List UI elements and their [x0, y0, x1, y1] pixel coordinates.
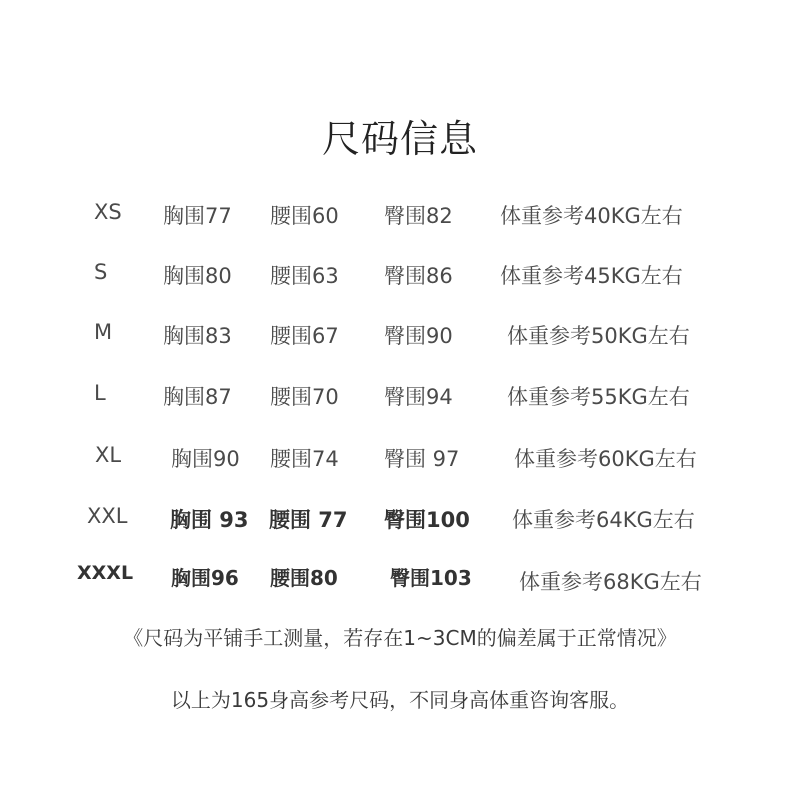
weight-reference: 体重参考50KG左右 [507, 320, 690, 350]
hip-value: 臀围100 [384, 504, 470, 534]
hip-value: 臀围90 [384, 320, 453, 350]
measurement-note: 《尺码为平铺手工测量，若存在1~3CM的偏差属于正常情况》 [0, 622, 800, 651]
waist-value: 腰围 77 [269, 504, 348, 534]
waist-value: 腰围70 [270, 381, 339, 411]
waist-value: 腰围74 [270, 443, 339, 473]
size-label: XL [95, 443, 121, 467]
chest-value: 胸围96 [171, 562, 239, 591]
weight-reference: 体重参考55KG左右 [507, 381, 690, 411]
size-label: S [94, 260, 107, 284]
chest-value: 胸围83 [163, 320, 232, 350]
size-row-xs: XS 胸围77 腰围60 臀围82 体重参考40KG左右 [0, 200, 800, 230]
size-row-s: S 胸围80 腰围63 臀围86 体重参考45KG左右 [0, 260, 800, 290]
size-row-m: M 胸围83 腰围67 臀围90 体重参考50KG左右 [0, 320, 800, 350]
size-label: XXL [87, 504, 127, 528]
weight-reference: 体重参考60KG左右 [514, 443, 697, 473]
waist-value: 腰围67 [270, 320, 339, 350]
weight-reference: 体重参考45KG左右 [500, 260, 683, 290]
size-label: L [94, 381, 106, 405]
hip-value: 臀围82 [384, 200, 453, 230]
chest-value: 胸围80 [163, 260, 232, 290]
page-title: 尺码信息 [0, 108, 800, 163]
hip-value: 臀围 97 [384, 443, 459, 473]
size-label: XXXL [77, 562, 133, 584]
hip-value: 臀围86 [384, 260, 453, 290]
waist-value: 腰围60 [270, 200, 339, 230]
size-label: M [94, 320, 112, 344]
chest-value: 胸围 93 [170, 504, 249, 534]
weight-reference: 体重参考40KG左右 [500, 200, 683, 230]
size-row-xxxl: XXXL 胸围96 腰围80 臀围103 体重参考68KG左右 [0, 562, 800, 592]
chest-value: 胸围87 [163, 381, 232, 411]
weight-reference: 体重参考68KG左右 [519, 566, 702, 596]
size-label: XS [94, 200, 122, 224]
waist-value: 腰围63 [270, 260, 339, 290]
size-row-l: L 胸围87 腰围70 臀围94 体重参考55KG左右 [0, 381, 800, 411]
reference-note: 以上为165身高参考尺码，不同身高体重咨询客服。 [0, 684, 800, 713]
hip-value: 臀围103 [390, 562, 472, 591]
chest-value: 胸围90 [171, 443, 240, 473]
size-row-xl: XL 胸围90 腰围74 臀围 97 体重参考60KG左右 [0, 443, 800, 473]
hip-value: 臀围94 [384, 381, 453, 411]
chest-value: 胸围77 [163, 200, 232, 230]
waist-value: 腰围80 [270, 562, 338, 591]
size-row-xxl: XXL 胸围 93 腰围 77 臀围100 体重参考64KG左右 [0, 504, 800, 534]
weight-reference: 体重参考64KG左右 [512, 504, 695, 534]
